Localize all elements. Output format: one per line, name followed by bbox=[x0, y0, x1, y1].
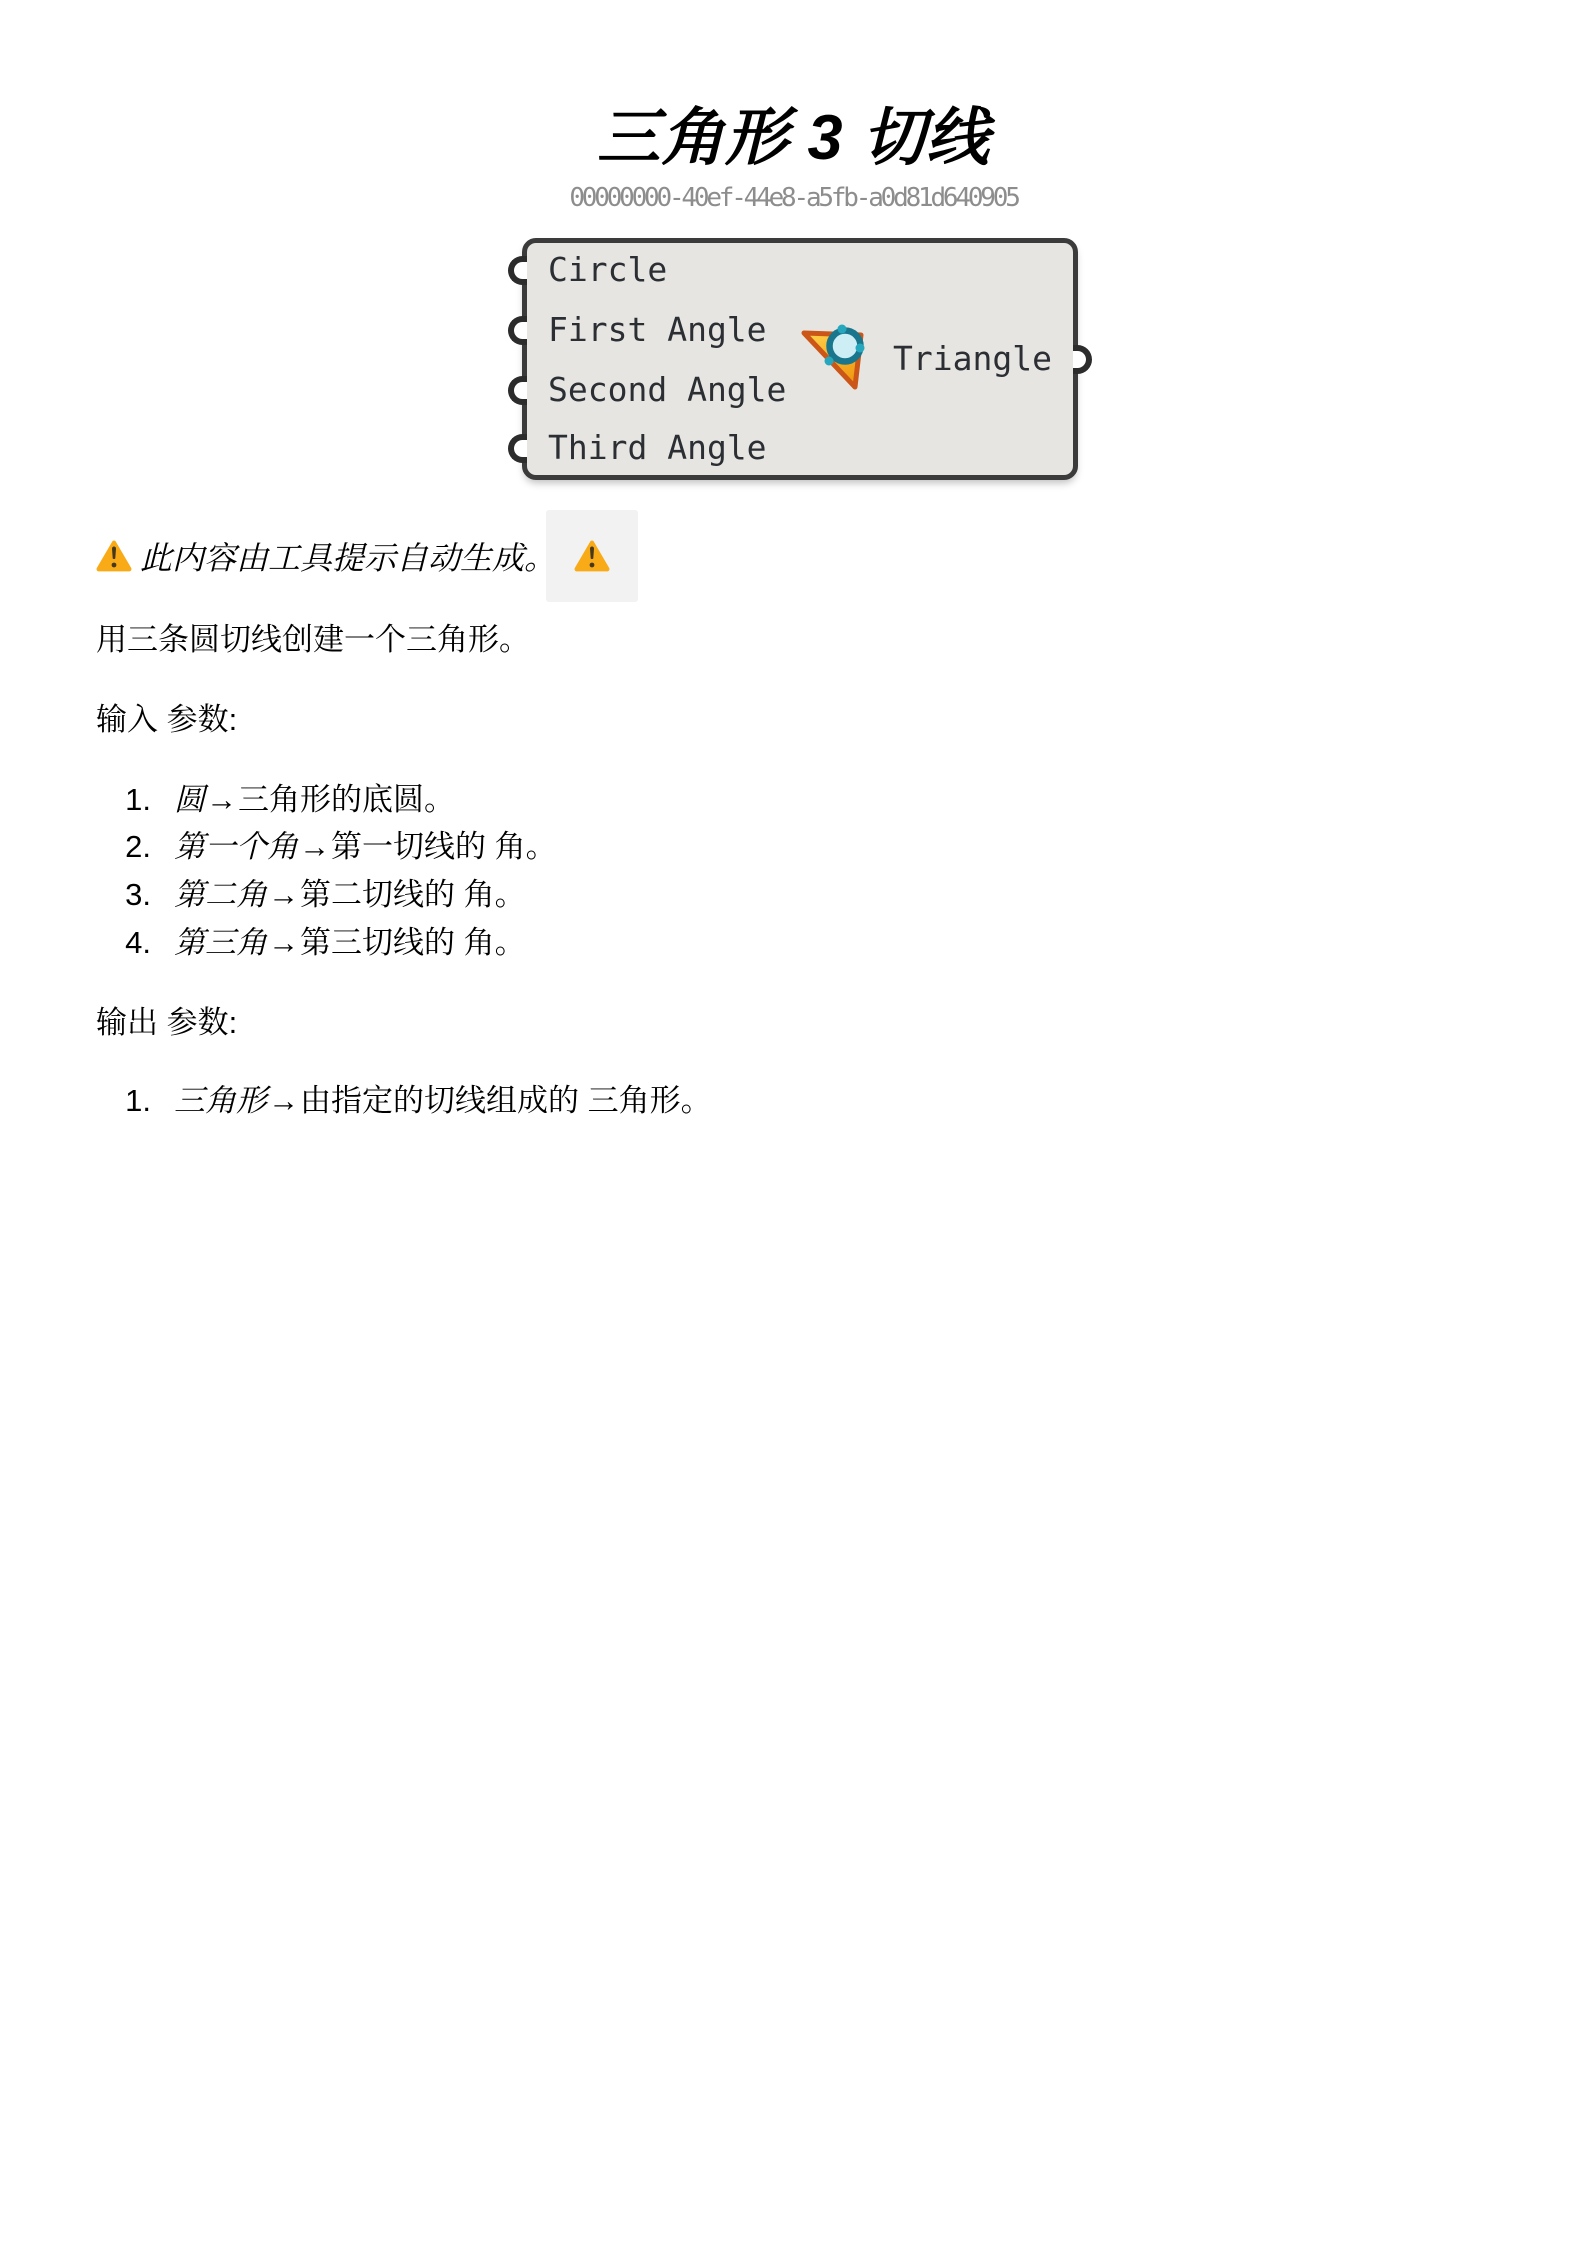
component-description: 用三条圆切线创建一个三角形。 bbox=[96, 616, 1491, 663]
input-label-first-angle: First Angle bbox=[548, 310, 767, 349]
input-params-heading: 输入 参数: bbox=[96, 696, 1491, 743]
param-desc: 由指定的切线组成的 三角形。 bbox=[300, 1083, 712, 1118]
list-number: 2. bbox=[96, 823, 151, 871]
arrow-glyph: → bbox=[267, 1083, 300, 1118]
param-desc: 第二切线的 角。 bbox=[300, 877, 526, 912]
param-name: 圆 bbox=[174, 782, 205, 817]
input-row-circle: Circle bbox=[548, 253, 667, 287]
arrow-glyph: → bbox=[267, 925, 300, 960]
param-name: 第三角 bbox=[174, 925, 267, 960]
auto-generated-warning: 此内容由工具提示自动生成。 bbox=[96, 510, 1491, 602]
input-port-circle bbox=[508, 256, 527, 285]
doc-page: 三角形 3 切线 00000000-40ef-44e8-a5fb-a0d81d6… bbox=[0, 0, 1587, 2244]
param-name: 三角形 bbox=[174, 1083, 267, 1118]
list-number: 1. bbox=[96, 776, 151, 824]
input-port-third-angle bbox=[508, 434, 527, 463]
input-port-second-angle bbox=[508, 376, 527, 405]
output-row-triangle: Triangle bbox=[893, 342, 1052, 376]
output-params-list: 1.三角形→由指定的切线组成的 三角形。 bbox=[96, 1077, 1491, 1125]
list-number: 4. bbox=[96, 919, 151, 967]
page-title: 三角形 3 切线 bbox=[0, 0, 1587, 174]
image-placeholder bbox=[546, 510, 638, 602]
list-item: 1.三角形→由指定的切线组成的 三角形。 bbox=[96, 1077, 1491, 1125]
input-row-third-angle: Third Angle bbox=[548, 431, 767, 465]
output-port-triangle bbox=[1073, 345, 1092, 374]
list-item: 2.第一个角→第一切线的 角。 bbox=[96, 823, 1491, 871]
param-desc: 第一切线的 角。 bbox=[331, 829, 557, 864]
input-params-list: 1.圆→三角形的底圆。 2.第一个角→第一切线的 角。 3.第二角→第二切线的 … bbox=[96, 776, 1491, 967]
input-label-second-angle: Second Angle bbox=[548, 370, 786, 409]
arrow-glyph: → bbox=[298, 829, 331, 864]
grasshopper-component-box: Circle First Angle Second Angle Third An… bbox=[522, 238, 1078, 480]
param-name: 第二角 bbox=[174, 877, 267, 912]
warning-icon bbox=[96, 539, 132, 572]
param-desc: 第三切线的 角。 bbox=[300, 925, 526, 960]
arrow-glyph: → bbox=[267, 877, 300, 912]
list-item: 3.第二角→第二切线的 角。 bbox=[96, 871, 1491, 919]
component-uuid: 00000000-40ef-44e8-a5fb-a0d81d640905 bbox=[0, 183, 1587, 214]
param-desc: 三角形的底圆。 bbox=[238, 782, 455, 817]
input-port-first-angle bbox=[508, 316, 527, 345]
warning-text: 此内容由工具提示自动生成。 bbox=[140, 533, 556, 579]
warning-icon bbox=[574, 539, 610, 572]
list-item: 1.圆→三角形的底圆。 bbox=[96, 776, 1491, 824]
component-diagram: Circle First Angle Second Angle Third An… bbox=[0, 215, 1587, 495]
list-number: 1. bbox=[96, 1077, 151, 1125]
doc-content: 此内容由工具提示自动生成。 用三条圆切线创建一个三角形。 输入 参数: 1.圆→… bbox=[0, 510, 1587, 1126]
list-item: 4.第三角→第三切线的 角。 bbox=[96, 919, 1491, 967]
param-name: 第一个角 bbox=[174, 829, 298, 864]
input-row-second-angle: Second Angle bbox=[548, 373, 786, 407]
arrow-glyph: → bbox=[205, 782, 238, 817]
output-label-triangle: Triangle bbox=[893, 339, 1052, 378]
triangle-3tangent-icon bbox=[800, 324, 866, 390]
list-number: 3. bbox=[96, 871, 151, 919]
input-row-first-angle: First Angle bbox=[548, 313, 767, 347]
input-label-circle: Circle bbox=[548, 250, 667, 289]
output-params-heading: 输出 参数: bbox=[96, 999, 1491, 1046]
input-label-third-angle: Third Angle bbox=[548, 428, 767, 467]
